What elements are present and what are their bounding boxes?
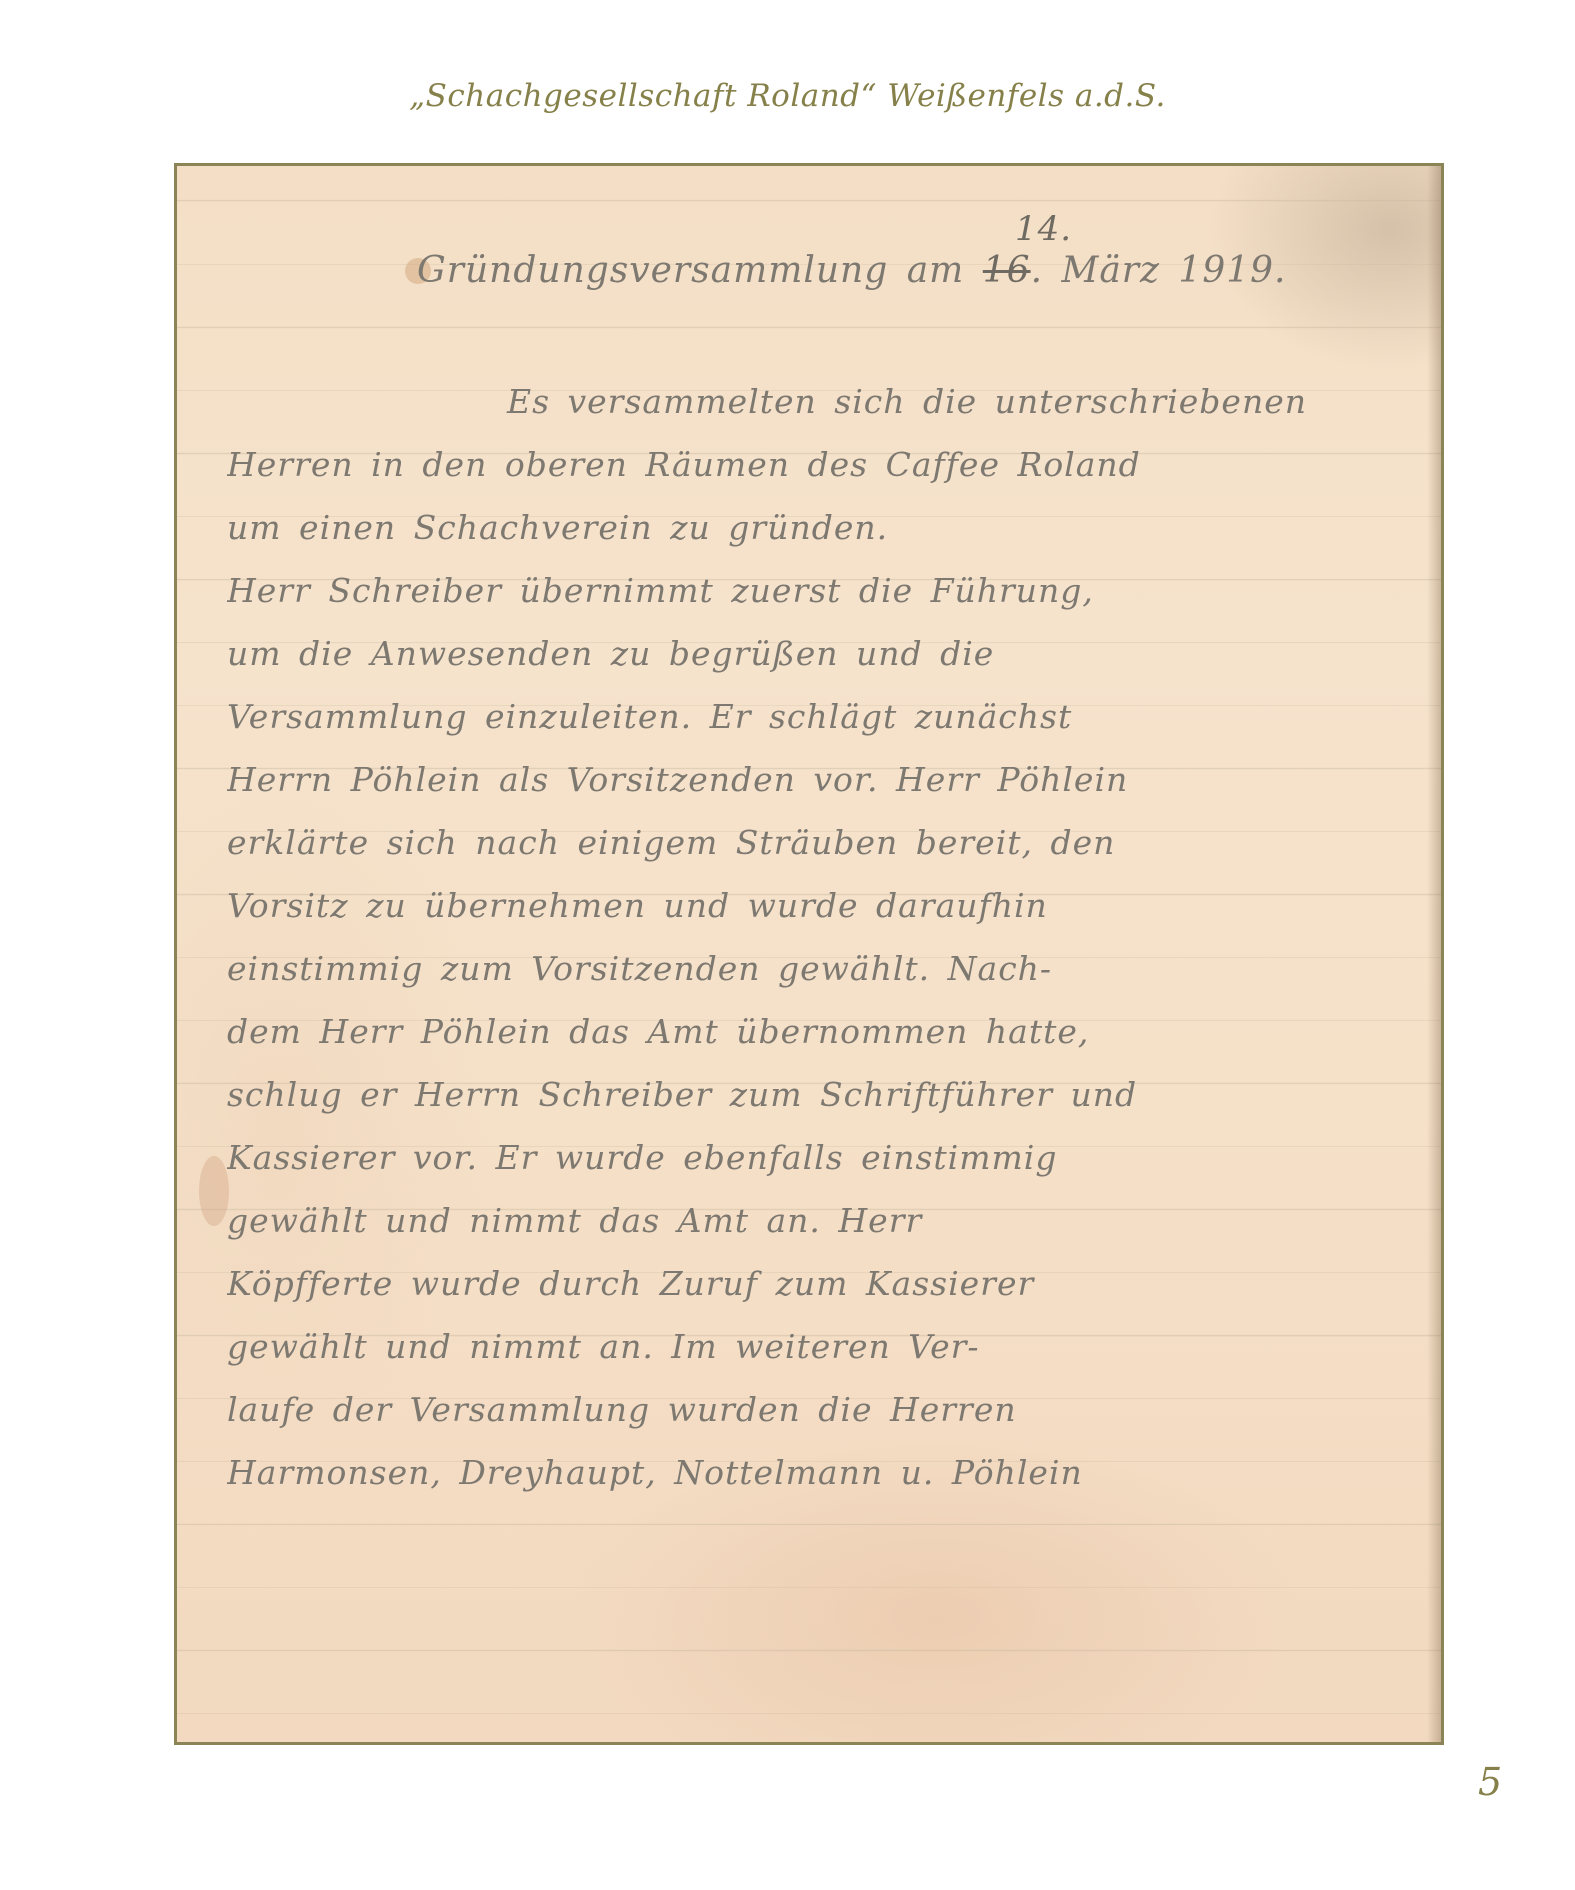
manuscript-line: um einen Schachverein zu gründen. bbox=[227, 496, 1397, 559]
manuscript-line: um die Anwesenden zu begrüßen und die bbox=[227, 622, 1397, 685]
page-number: 5 bbox=[1478, 1760, 1502, 1804]
manuscript-line: einstimmig zum Vorsitzenden gewählt. Nac… bbox=[227, 937, 1397, 1000]
manuscript-line: gewählt und nimmt an. Im weiteren Ver- bbox=[227, 1315, 1397, 1378]
manuscript-heading: Gründungsversammlung am 16. März 1919. 1… bbox=[417, 236, 1397, 306]
manuscript-line: Kassierer vor. Er wurde ebenfalls einsti… bbox=[227, 1126, 1397, 1189]
heading-prefix: Gründungsversammlung am bbox=[417, 250, 964, 291]
manuscript-line: Herr Schreiber übernimmt zuerst die Führ… bbox=[227, 559, 1397, 622]
manuscript-scan: Gründungsversammlung am 16. März 1919. 1… bbox=[174, 163, 1444, 1745]
manuscript-line: Köpfferte wurde durch Zuruf zum Kassiere… bbox=[227, 1252, 1397, 1315]
manuscript-line: erklärte sich nach einigem Sträuben bere… bbox=[227, 811, 1397, 874]
manuscript-line: schlug er Herrn Schreiber zum Schriftfüh… bbox=[227, 1063, 1397, 1126]
corrected-date: 14. bbox=[1015, 194, 1072, 264]
spacer bbox=[227, 306, 1397, 370]
paper-stain bbox=[199, 1156, 229, 1226]
manuscript-line: Es versammelten sich die unterschriebene… bbox=[227, 370, 1397, 433]
manuscript-line: Versammlung einzuleiten. Er schlägt zunä… bbox=[227, 685, 1397, 748]
handwritten-text: Gründungsversammlung am 16. März 1919. 1… bbox=[227, 236, 1397, 1504]
running-header-title: „Schachgesellschaft Roland“ Weißenfels a… bbox=[0, 78, 1575, 114]
manuscript-line: laufe der Versammlung wurden die Herren bbox=[227, 1378, 1397, 1441]
manuscript-line: dem Herr Pöhlein das Amt übernommen hatt… bbox=[227, 1000, 1397, 1063]
manuscript-line: Vorsitz zu übernehmen und wurde daraufhi… bbox=[227, 874, 1397, 937]
manuscript-line: gewählt und nimmt das Amt an. Herr bbox=[227, 1189, 1397, 1252]
manuscript-line: Herren in den oberen Räumen des Caffee R… bbox=[227, 433, 1397, 496]
manuscript-line: Harmonsen, Dreyhaupt, Nottelmann u. Pöhl… bbox=[227, 1441, 1397, 1504]
manuscript-line: Herrn Pöhlein als Vorsitzenden vor. Herr… bbox=[227, 748, 1397, 811]
